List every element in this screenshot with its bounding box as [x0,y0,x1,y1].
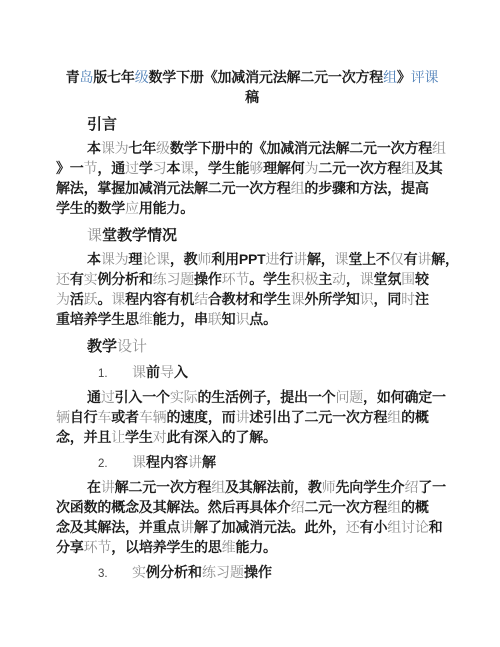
text-line: 本课为七年级数学下册中的《加减消元法解二元一次方程组 [56,138,448,158]
light-glyph-run: 动 [332,271,346,287]
light-glyph-run: 组 [387,499,401,515]
light-glyph-run: 课 [335,251,349,267]
light-glyph-run: 进 [266,251,280,267]
light-glyph-run: 实 [132,564,146,580]
light-glyph-run: 组 [401,160,415,176]
text-line: 辆自行车或者车辆的速度，而讲述引出了二元一次方程组的概 [56,407,448,427]
light-glyph-run: 讲 [293,251,307,267]
light-glyph-run: 还 [346,519,360,535]
paragraph: 通过引入一个实际的生活例子，提出一个问题，如何确定一辆自行车或者车辆的速度，而讲… [56,387,448,447]
light-glyph-run: 维 [139,311,153,327]
list-item-number: 1. [98,364,132,384]
light-glyph-run: 够 [249,160,263,176]
light-glyph-run: 车辆 [139,409,167,425]
light-glyph-run: 识 [235,311,249,327]
light-glyph-run: 师 [197,251,211,267]
light-glyph-run: 级 [135,69,149,85]
text-line: 重培养学生思维能力，串联知识点。 [56,309,448,329]
light-glyph-run: 讲 [188,454,202,470]
document-title-line: 稿 [56,87,448,107]
light-glyph-run: 讲 [235,409,249,425]
light-glyph-run: 课 [180,160,194,176]
list-item: 1.课前导入 [56,362,448,384]
light-glyph-run: 组 [432,140,446,156]
light-glyph-run: 课 [132,454,146,470]
light-glyph-run: 组 [383,69,397,85]
list-item-number: 3. [98,564,132,584]
light-glyph-run: 练习题 [202,564,244,580]
light-glyph-run: 让 [111,429,125,445]
light-glyph-run: 辆 [56,409,70,425]
text-line: 分享环节，以培养学生的思维能力。 [56,537,448,557]
paragraph: 本课为理论课，教师利用PPT进行讲解，课堂上不仅有讲解，还有实例分析和练习题操作… [56,249,448,329]
section-heading: 教学设计 [56,336,448,357]
light-glyph-run: 导 [160,364,174,380]
light-glyph-run: 节 [84,160,98,176]
text-line: 念，并且让学生对此有深入的了解。 [56,427,448,447]
light-glyph-run: 过 [125,160,139,176]
light-glyph-run: 组 [211,479,225,495]
light-glyph-run: 组 [291,180,305,196]
text-line: 解法，掌握加减消元法解二元一次方程组的步骤和方法，提高 [56,178,448,198]
list-item-label: 实例分析和练习题操作 [132,564,272,580]
light-glyph-run: 课为 [101,140,129,156]
light-glyph-run: 时 [401,291,415,307]
paragraph: 本课为七年级数学下册中的《加减消元法解二元一次方程组》一节，通过学习本课，学生能… [56,138,448,218]
light-glyph-run: 识 [360,291,374,307]
light-glyph-run: 练习题 [153,271,194,287]
text-line: 次函数的概念及其解法。然后再具体介绍二元一次方程组的概 [56,497,448,517]
light-glyph-run: 课 [87,227,102,244]
list-item: 2.课程内容讲解 [56,452,448,474]
text-line: 学生的数学应用能力。 [56,198,448,218]
light-glyph-run: 环节 [84,539,112,555]
light-glyph-run: 设计 [117,338,147,355]
list-item-label: 课程内容讲解 [132,454,216,470]
text-line: 为活跃。课程内容有机结合教材和学生课外所学知识，同时注 [56,289,448,309]
light-glyph-run: 课为 [101,251,129,267]
text-line: 在讲解二元一次方程组及其解法前，教师先向学生介绍了一 [56,477,448,497]
text-line: 念及其解法，并重点讲解了加减消元法。此外，还有小组讨论和 [56,517,448,537]
document-page: 青岛版七年级数学下册《加减消元法解二元一次方程组》评课稿 引言本课为七年级数学下… [0,0,500,647]
light-glyph-run: 师 [322,479,336,495]
light-glyph-run: 论课 [142,251,170,267]
light-glyph-run: 跃 [84,291,98,307]
light-glyph-run: 还 [56,271,70,287]
light-glyph-run: 结 [194,291,208,307]
light-glyph-run: 绍 [291,499,305,515]
light-glyph-run: 围 [401,271,415,287]
text-line: 还有实例分析和练习题操作环节。学生积极主动，课堂氛围较 [56,269,448,289]
light-glyph-run: 对 [153,429,167,445]
light-glyph-run: 讲 [180,519,194,535]
light-glyph-run: 积极 [291,271,319,287]
list-item-label: 课前导入 [132,364,188,380]
light-glyph-run: 过 [101,389,115,405]
light-glyph-run: 讲 [101,479,115,495]
document-body: 引言本课为七年级数学下册中的《加减消元法解二元一次方程组》一节，通过学习本课，学… [56,114,448,584]
light-glyph-run: 课 [132,364,146,380]
light-glyph-run: 问题 [335,389,363,405]
section-heading: 引言 [56,114,448,135]
light-glyph-run: 讲 [417,251,431,267]
section-heading: 课堂教学情况 [56,225,448,246]
light-glyph-run: 习 [153,160,167,176]
light-glyph-run: 组讨论 [387,519,428,535]
list-item: 3.实例分析和练习题操作 [56,562,448,584]
document-content: 青岛版七年级数学下册《加减消元法解二元一次方程组》评课稿 引言本课为七年级数学下… [56,0,448,584]
light-glyph-run: 评课 [411,69,439,85]
light-glyph-run: 为 [305,160,319,176]
text-line: 》一节，通过学习本课，学生能够理解何为二元一次方程组及其 [56,158,448,178]
light-glyph-run: 仅 [390,251,404,267]
light-glyph-run: 组 [387,409,401,425]
light-glyph-run: 维 [222,539,236,555]
light-glyph-run: 课 [291,291,305,307]
light-glyph-run: 级 [156,140,170,156]
text-line: 通过引入一个实际的生活例子，提出一个问题，如何确定一 [56,387,448,407]
light-glyph-run: 环节 [222,271,250,287]
light-glyph-run: 联 [208,311,222,327]
paragraph: 在讲解二元一次方程组及其解法前，教师先向学生介绍了一次函数的概念及其解法。然后再… [56,477,448,557]
light-glyph-run: 绍 [404,479,418,495]
light-glyph-run: 课 [360,271,374,287]
list-item-number: 2. [98,454,132,474]
light-glyph-run: 实 [84,271,98,287]
light-glyph-run: 应 [125,200,139,216]
light-glyph-run: 课 [111,291,125,307]
light-glyph-run: 车 [97,409,111,425]
light-glyph-run: 实际 [170,389,198,405]
document-title-line: 青岛版七年级数学下册《加减消元法解二元一次方程组》评课 [56,67,448,87]
light-glyph-run: 为 [56,291,70,307]
document-title: 青岛版七年级数学下册《加减消元法解二元一次方程组》评课稿 [56,67,448,107]
light-glyph-run: 岛 [79,69,93,85]
text-line: 本课为理论课，教师利用PPT进行讲解，课堂上不仅有讲解， [56,249,448,269]
